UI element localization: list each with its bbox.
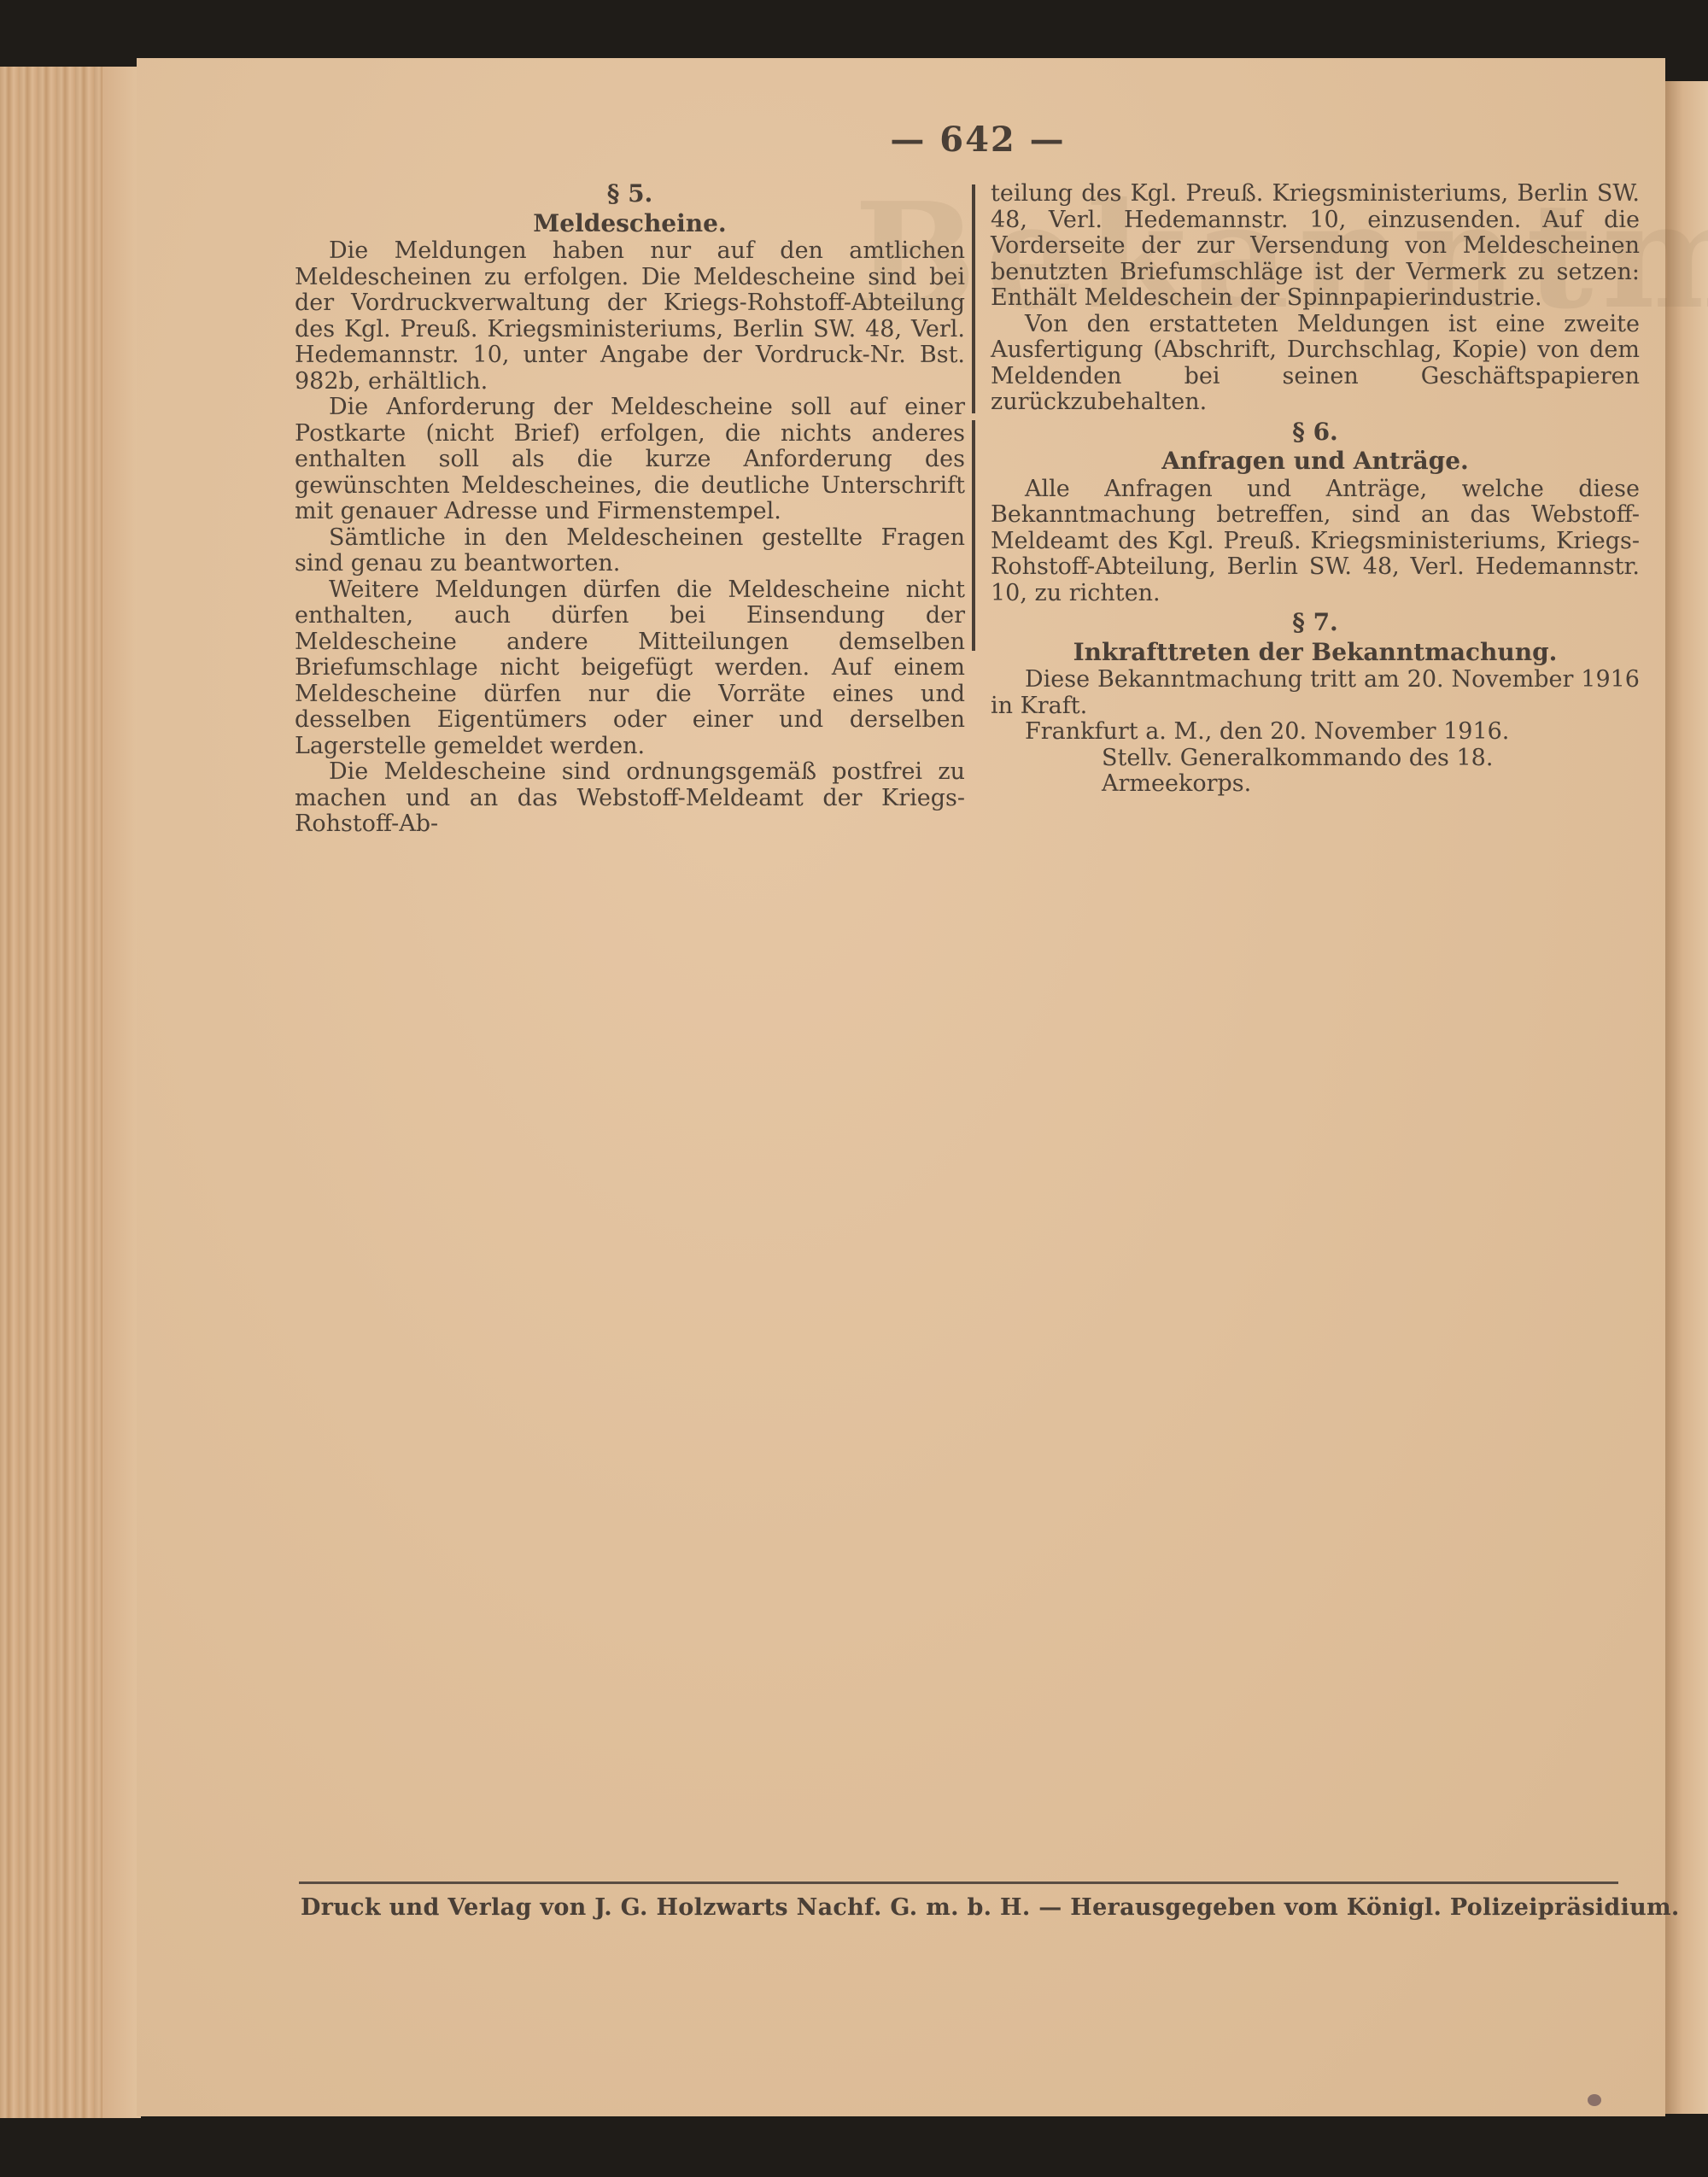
- section-6-paragraph: Alle Anfragen und Anträge, welche diese …: [991, 477, 1640, 607]
- section-5-paragraph: Weitere Meldungen dürfen die Meldeschein…: [295, 577, 965, 760]
- left-column: § 5. Meldescheine. Die Meldungen haben n…: [295, 181, 965, 838]
- section-7-number: § 7.: [991, 610, 1640, 636]
- section-6-title: Anfragen und Anträge.: [991, 448, 1640, 475]
- section-7-paragraph: Diese Bekanntmachung tritt am 20. Novemb…: [991, 667, 1640, 719]
- section-5-continued-paragraph: Von den erstatteten Meldungen ist eine z…: [991, 312, 1640, 416]
- section-5-number: § 5.: [295, 181, 965, 208]
- column-divider: [972, 184, 975, 413]
- section-5-paragraph: Die Meldescheine sind ordnungsgemäß post…: [295, 759, 965, 838]
- signature: Stellv. Generalkommando des 18. Armeekor…: [991, 746, 1640, 798]
- footer-imprint: Druck und Verlag von J. G. Holzwarts Nac…: [301, 1894, 1620, 1921]
- ink-stain: [1588, 2094, 1601, 2106]
- column-divider: [972, 420, 975, 651]
- section-5-paragraph: Die Meldungen haben nur auf den amtliche…: [295, 238, 965, 395]
- section-5-paragraph: Sämtliche in den Meldescheinen gestellte…: [295, 525, 965, 577]
- page-number: — 642 —: [888, 120, 1067, 160]
- section-5-continued-paragraph: teilung des Kgl. Preuß. Kriegsministeriu…: [991, 181, 1640, 312]
- section-6-number: § 6.: [991, 419, 1640, 446]
- right-column: teilung des Kgl. Preuß. Kriegsministeriu…: [991, 181, 1640, 798]
- section-5-title: Meldescheine.: [295, 211, 965, 237]
- footer-rule: [299, 1881, 1618, 1884]
- place-date: Frankfurt a. M., den 20. November 1916.: [991, 719, 1640, 746]
- section-7-title: Inkrafttreten der Bekanntmachung.: [991, 640, 1640, 666]
- section-5-paragraph: Die Anforderung der Meldescheine soll au…: [295, 395, 965, 525]
- book-page-edges: [0, 67, 141, 2118]
- book-right-edge: [1665, 81, 1708, 2114]
